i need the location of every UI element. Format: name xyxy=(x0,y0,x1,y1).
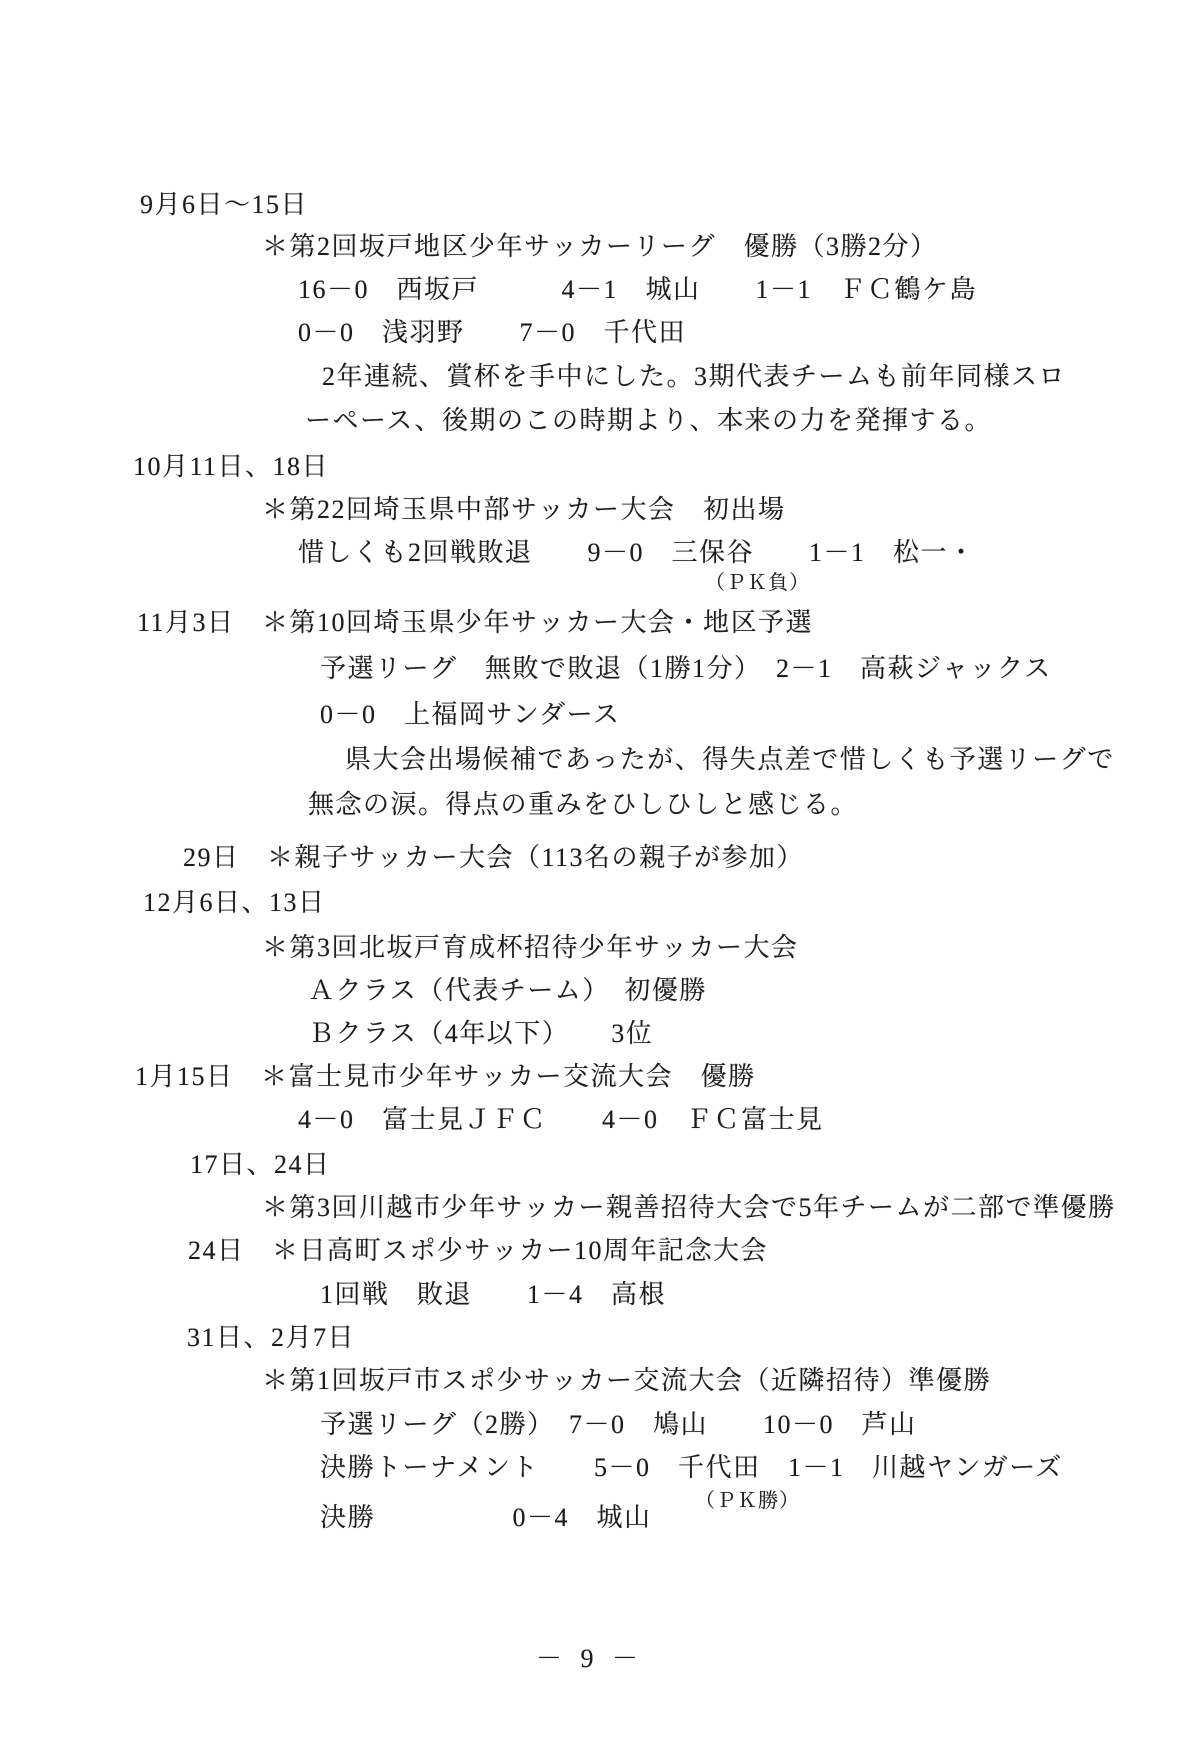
text-line: 1月15日 ＊富士見市少年サッカー交流大会 優勝 xyxy=(135,1062,755,1092)
text-line: 0－0 上福岡サンダース xyxy=(320,700,620,730)
text-line: 0－0 浅羽野 7－0 千代田 xyxy=(298,318,686,348)
text-line: 決勝 0－4 城山 xyxy=(320,1503,652,1533)
text-line: 無念の涙。得点の重みをひしひしと感じる。 xyxy=(308,790,858,820)
text-line: 1回戦 敗退 1－4 高根 xyxy=(320,1280,666,1310)
text-line: ＊第3回北坂戸育成杯招待少年サッカー大会 xyxy=(262,933,798,963)
text-line: 11月3日 ＊第10回埼玉県少年サッカー大会・地区予選 xyxy=(137,608,813,638)
document-page: － 9 － 9月6日～15日＊第2回坂戸地区少年サッカーリーグ 優勝（3勝2分）… xyxy=(0,0,1200,1746)
text-line: 29日 ＊親子サッカー大会（113名の親子が参加） xyxy=(183,843,804,873)
text-line: 17日、24日 xyxy=(190,1150,331,1180)
text-line: 31日、2月7日 xyxy=(187,1323,355,1353)
text-line: 惜しくも2回戦敗退 9－0 三保谷 1－1 松一・ xyxy=(298,538,976,568)
text-line: （ＰＫ負） xyxy=(705,572,810,594)
text-line: ＊第22回埼玉県中部サッカー大会 初出場 xyxy=(262,495,785,525)
text-line: Ａクラス（代表チーム） 初優勝 xyxy=(308,976,707,1006)
text-line: 予選リーグ 無敗で敗退（1勝1分） 2－1 高萩ジャックス xyxy=(320,654,1052,684)
text-line: ＊第3回川越市少年サッカー親善招待大会で5年チームが二部で準優勝 xyxy=(262,1193,1115,1223)
page-number: － 9 － xyxy=(460,1638,720,1675)
text-line: 4－0 富士見ＪＦＣ 4－0 ＦＣ富士見 xyxy=(298,1105,824,1135)
text-line: （ＰＫ勝） xyxy=(695,1490,800,1512)
text-line: 決勝トーナメント 5－0 千代田 1－1 川越ヤンガーズ xyxy=(320,1453,1063,1483)
text-line: 予選リーグ（2勝） 7－0 鳩山 10－0 芦山 xyxy=(320,1410,917,1440)
text-line: 10月11日、18日 xyxy=(133,452,329,482)
text-line: 24日 ＊日高町スポ少サッカー10周年記念大会 xyxy=(188,1236,768,1266)
text-line: 県大会出場候補であったが、得失点差で惜しくも予選リーグで xyxy=(345,745,1115,775)
text-line: ＊第1回坂戸市スポ少サッカー交流大会（近隣招待）準優勝 xyxy=(262,1366,991,1396)
text-line: 16－0 西坂戸 4－1 城山 1－1 ＦＣ鶴ケ島 xyxy=(298,275,977,305)
text-line: 12月6日、13日 xyxy=(143,888,326,918)
text-line: 2年連続、賞杯を手中にした。3期代表チームも前年同様スロ xyxy=(322,362,1066,392)
text-line: ーペース、後期のこの時期より、本来の力を発揮する。 xyxy=(305,406,992,436)
text-line: ＊第2回坂戸地区少年サッカーリーグ 優勝（3勝2分） xyxy=(262,232,937,262)
text-line: 9月6日～15日 xyxy=(140,190,308,220)
text-line: Ｂクラス（4年以下） 3位 xyxy=(308,1019,653,1049)
